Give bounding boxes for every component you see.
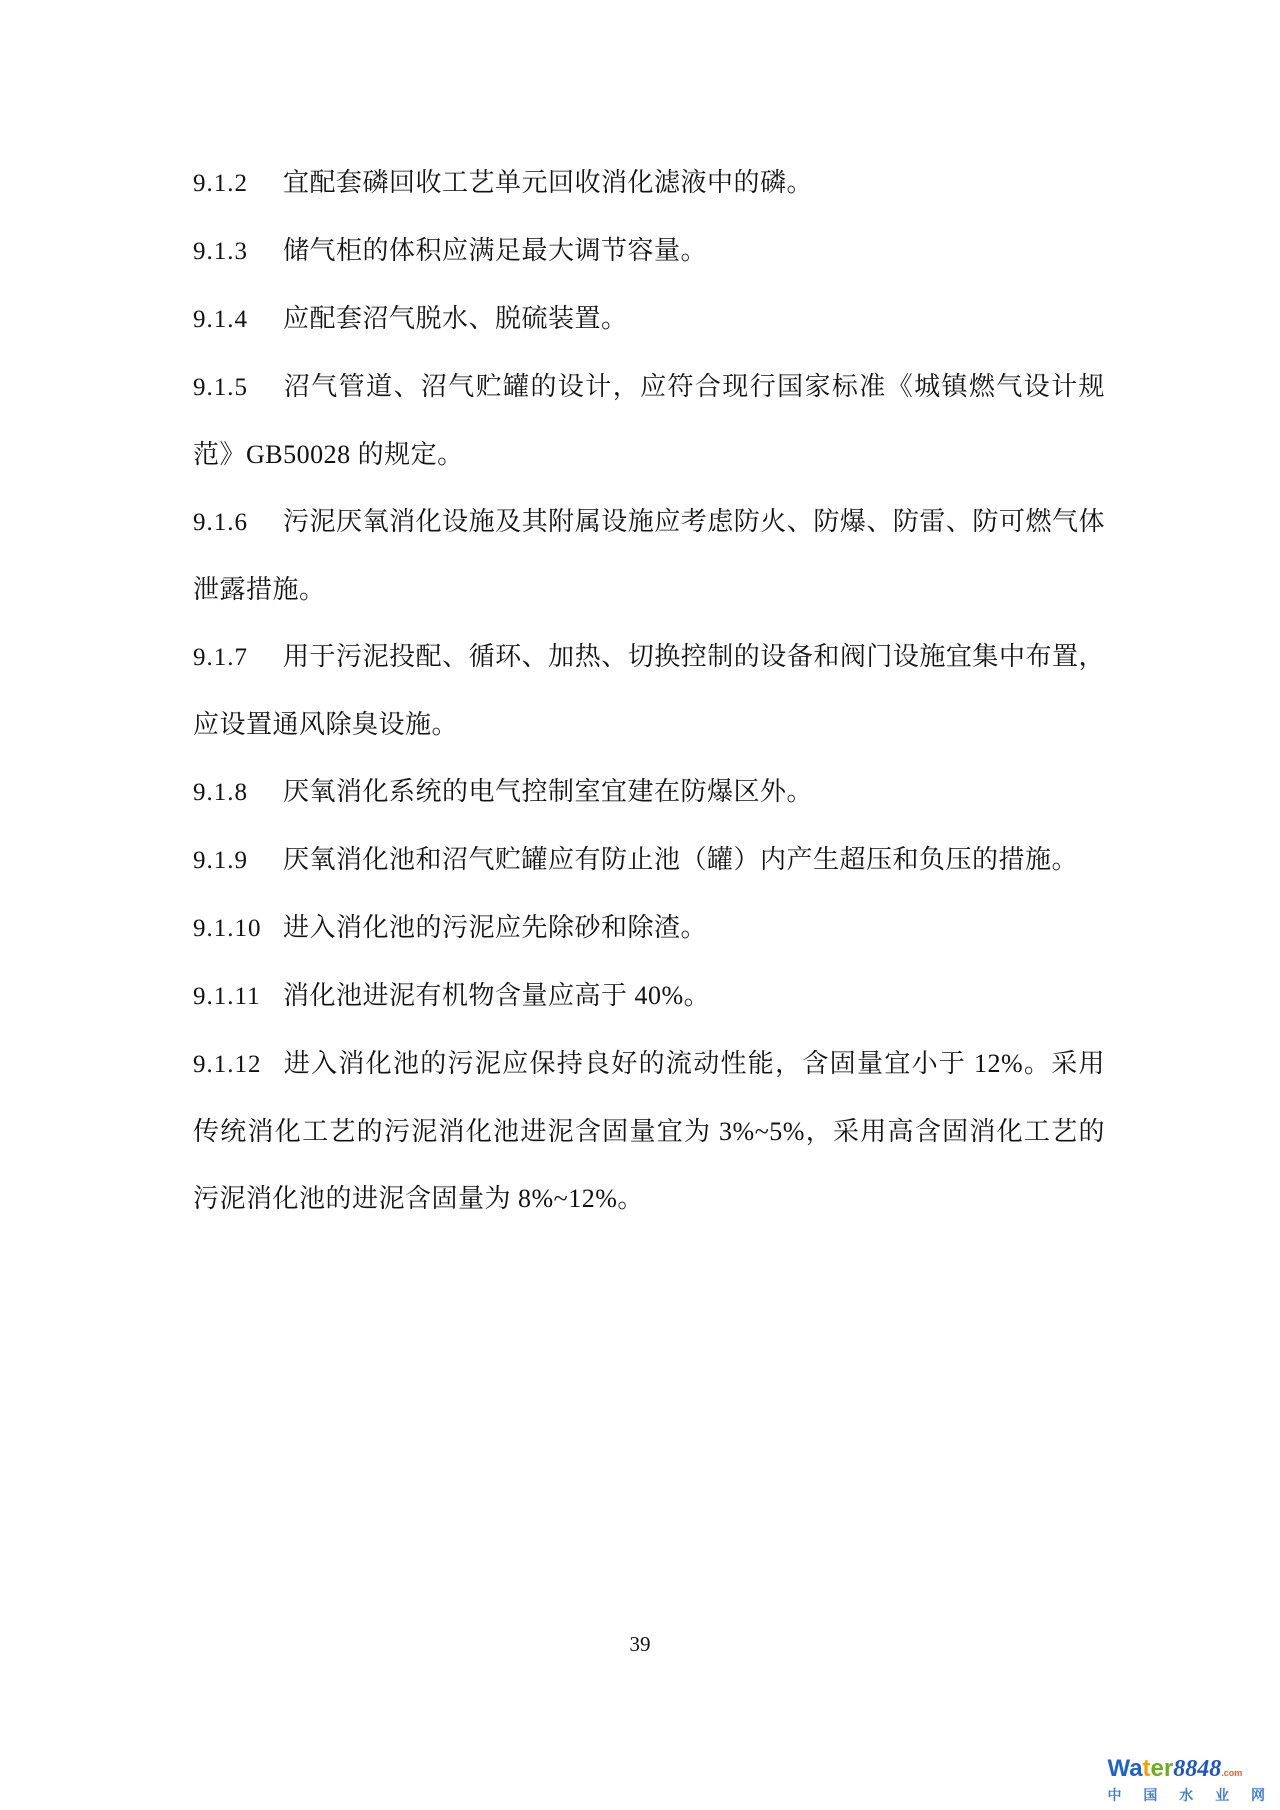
clause-number: 9.1.5	[193, 354, 283, 421]
clause-9-1-3: 9.1.3储气柜的体积应满足最大调节容量。	[193, 217, 1105, 285]
clause-9-1-9: 9.1.9厌氧消化池和沼气贮罐应有防止池（罐）内产生超压和负压的措施。	[193, 826, 1105, 894]
watermark-subtitle: 中 国 水 业 网	[1107, 1788, 1274, 1802]
clause-number: 9.1.7	[193, 624, 283, 691]
clause-number: 9.1.8	[193, 759, 283, 826]
clause-number: 9.1.9	[193, 827, 283, 894]
clause-9-1-8: 9.1.8厌氧消化系统的电气控制室宜建在防爆区外。	[193, 758, 1105, 826]
clause-number: 9.1.3	[193, 218, 283, 285]
clause-text: 储气柜的体积应满足最大调节容量。	[283, 236, 707, 265]
clause-9-1-6: 9.1.6污泥厌氧消化设施及其附属设施应考虑防火、防爆、防雷、防可燃气体泄露措施…	[193, 488, 1105, 623]
watermark-logo: Water8848.com 中 国 水 业 网	[1107, 1756, 1274, 1802]
brand-number: 8848	[1173, 1756, 1221, 1782]
clause-number: 9.1.2	[193, 150, 283, 217]
clause-text: 污泥厌氧消化设施及其附属设施应考虑防火、防爆、防雷、防可燃气体泄露措施。	[193, 507, 1105, 604]
clause-text: 厌氧消化池和沼气贮罐应有防止池（罐）内产生超压和负压的措施。	[283, 845, 1078, 874]
clause-number: 9.1.4	[193, 286, 283, 353]
clause-9-1-7: 9.1.7用于污泥投配、循环、加热、切换控制的设备和阀门设施宜集中布置，应设置通…	[193, 623, 1105, 758]
clause-9-1-10: 9.1.10进入消化池的污泥应先除砂和除渣。	[193, 894, 1105, 962]
brand-segment: Wa	[1107, 1755, 1142, 1782]
clause-9-1-5: 9.1.5沼气管道、沼气贮罐的设计，应符合现行国家标准《城镇燃气设计规范》GB5…	[193, 353, 1105, 488]
page-number: 39	[0, 1632, 1280, 1657]
clause-text: 应配套沼气脱水、脱硫装置。	[283, 304, 628, 333]
clause-number: 9.1.12	[193, 1031, 283, 1098]
clause-9-1-11: 9.1.11消化池进泥有机物含量应高于 40%。	[193, 962, 1105, 1030]
watermark-brand: Water8848.com	[1107, 1756, 1274, 1786]
clause-text: 厌氧消化系统的电气控制室宜建在防爆区外。	[283, 777, 813, 806]
clause-9-1-4: 9.1.4应配套沼气脱水、脱硫装置。	[193, 285, 1105, 353]
clause-text: 沼气管道、沼气贮罐的设计，应符合现行国家标准《城镇燃气设计规范》GB50028 …	[193, 372, 1105, 469]
clause-text: 宜配套磷回收工艺单元回收消化滤液中的磷。	[283, 168, 813, 197]
brand-segment: er	[1151, 1755, 1174, 1782]
brand-segment: t	[1143, 1755, 1151, 1782]
clause-9-1-12: 9.1.12进入消化池的污泥应保持良好的流动性能，含固量宜小于 12%。采用传统…	[193, 1030, 1105, 1232]
clause-number: 9.1.10	[193, 895, 283, 962]
clause-text: 进入消化池的污泥应先除砂和除渣。	[283, 913, 707, 942]
clause-text: 进入消化池的污泥应保持良好的流动性能，含固量宜小于 12%。采用传统消化工艺的污…	[193, 1049, 1105, 1213]
brand-tld: .com	[1221, 1768, 1242, 1778]
document-body: 9.1.2宜配套磷回收工艺单元回收消化滤液中的磷。 9.1.3储气柜的体积应满足…	[193, 149, 1105, 1232]
clause-number: 9.1.11	[193, 963, 283, 1030]
clause-number: 9.1.6	[193, 489, 283, 556]
clause-text: 用于污泥投配、循环、加热、切换控制的设备和阀门设施宜集中布置，应设置通风除臭设施…	[193, 642, 1105, 739]
clause-text: 消化池进泥有机物含量应高于 40%。	[283, 981, 710, 1010]
clause-9-1-2: 9.1.2宜配套磷回收工艺单元回收消化滤液中的磷。	[193, 149, 1105, 217]
